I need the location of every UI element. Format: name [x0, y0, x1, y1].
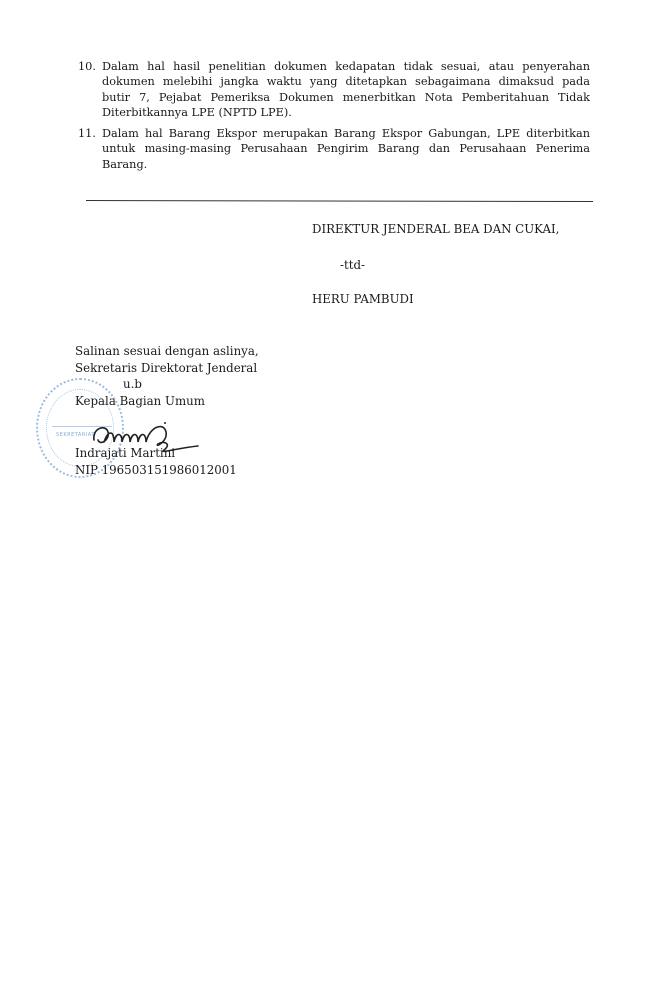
item-line: butir 7, Pejabat Pemeriksa Dokumen mener… [102, 90, 590, 105]
item-line: untuk masing-masing Perusahaan Pengirim … [102, 141, 590, 156]
list-item-10: 10. Dalam hal hasil penelitian dokumen k… [78, 59, 590, 120]
item-line: Barang. [102, 157, 590, 172]
certifier-nip: NIP 196503151986012001 [75, 462, 259, 479]
document-page: 10. Dalam hal hasil penelitian dokumen k… [0, 0, 654, 1000]
item-number: 11. [78, 126, 96, 141]
certification-line: Sekretaris Direktorat Jenderal [75, 360, 259, 377]
on-behalf-marker: u.b [75, 376, 259, 393]
item-line: dokumen melebihi jangka waktu yang ditet… [102, 74, 590, 89]
signed-marker: -ttd- [340, 258, 365, 273]
item-body: Dalam hal hasil penelitian dokumen kedap… [102, 59, 590, 120]
item-line: Dalam hal hasil penelitian dokumen kedap… [102, 59, 590, 74]
item-number: 10. [78, 59, 96, 74]
item-body: Dalam hal Barang Ekspor merupakan Barang… [102, 126, 590, 172]
list-item-11: 11. Dalam hal Barang Ekspor merupakan Ba… [78, 126, 590, 172]
item-line: Diterbitkannya LPE (NPTD LPE). [102, 105, 590, 120]
horizontal-rule [86, 200, 593, 202]
signatory-name: HERU PAMBUDI [312, 292, 414, 307]
signatory-title: DIREKTUR JENDERAL BEA DAN CUKAI, [312, 222, 559, 237]
item-line: Dalam hal Barang Ekspor merupakan Barang… [102, 126, 590, 141]
handwritten-signature-icon [88, 418, 203, 460]
certification-line: Kepala Bagian Umum [75, 393, 259, 410]
certification-line: Salinan sesuai dengan aslinya, [75, 343, 259, 360]
